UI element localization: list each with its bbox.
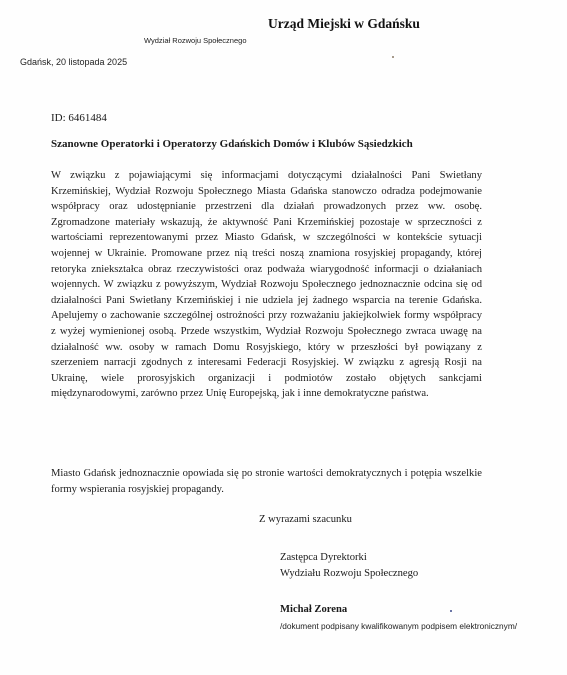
electronic-signature-note: /dokument podpisany kwalifikowanym podpi… — [280, 620, 520, 633]
document-id: ID: 6461484 — [51, 112, 107, 124]
scan-speck — [450, 610, 452, 612]
signer-role-line-2: Wydziału Rozwoju Społecznego — [280, 566, 418, 582]
signer-role: Zastępca Dyrektorki Wydziału Rozwoju Spo… — [280, 550, 418, 582]
date-place-line: Gdańsk, 20 listopada 2025 — [20, 57, 127, 67]
body-paragraph-1: W związku z pojawiającymi się informacja… — [51, 168, 482, 402]
department-subtitle: Wydział Rozwoju Społecznego — [144, 36, 246, 45]
scan-speck — [392, 56, 394, 58]
salutation-heading: Szanowne Operatorki i Operatorzy Gdański… — [51, 138, 413, 150]
body-paragraph-2: Miasto Gdańsk jednoznacznie opowiada się… — [51, 466, 482, 497]
closing-phrase: Z wyrazami szacunku — [259, 514, 352, 525]
institution-title: Urząd Miejski w Gdańsku — [268, 16, 420, 32]
signer-role-line-1: Zastępca Dyrektorki — [280, 550, 418, 566]
signer-name: Michał Zorena — [280, 604, 347, 615]
